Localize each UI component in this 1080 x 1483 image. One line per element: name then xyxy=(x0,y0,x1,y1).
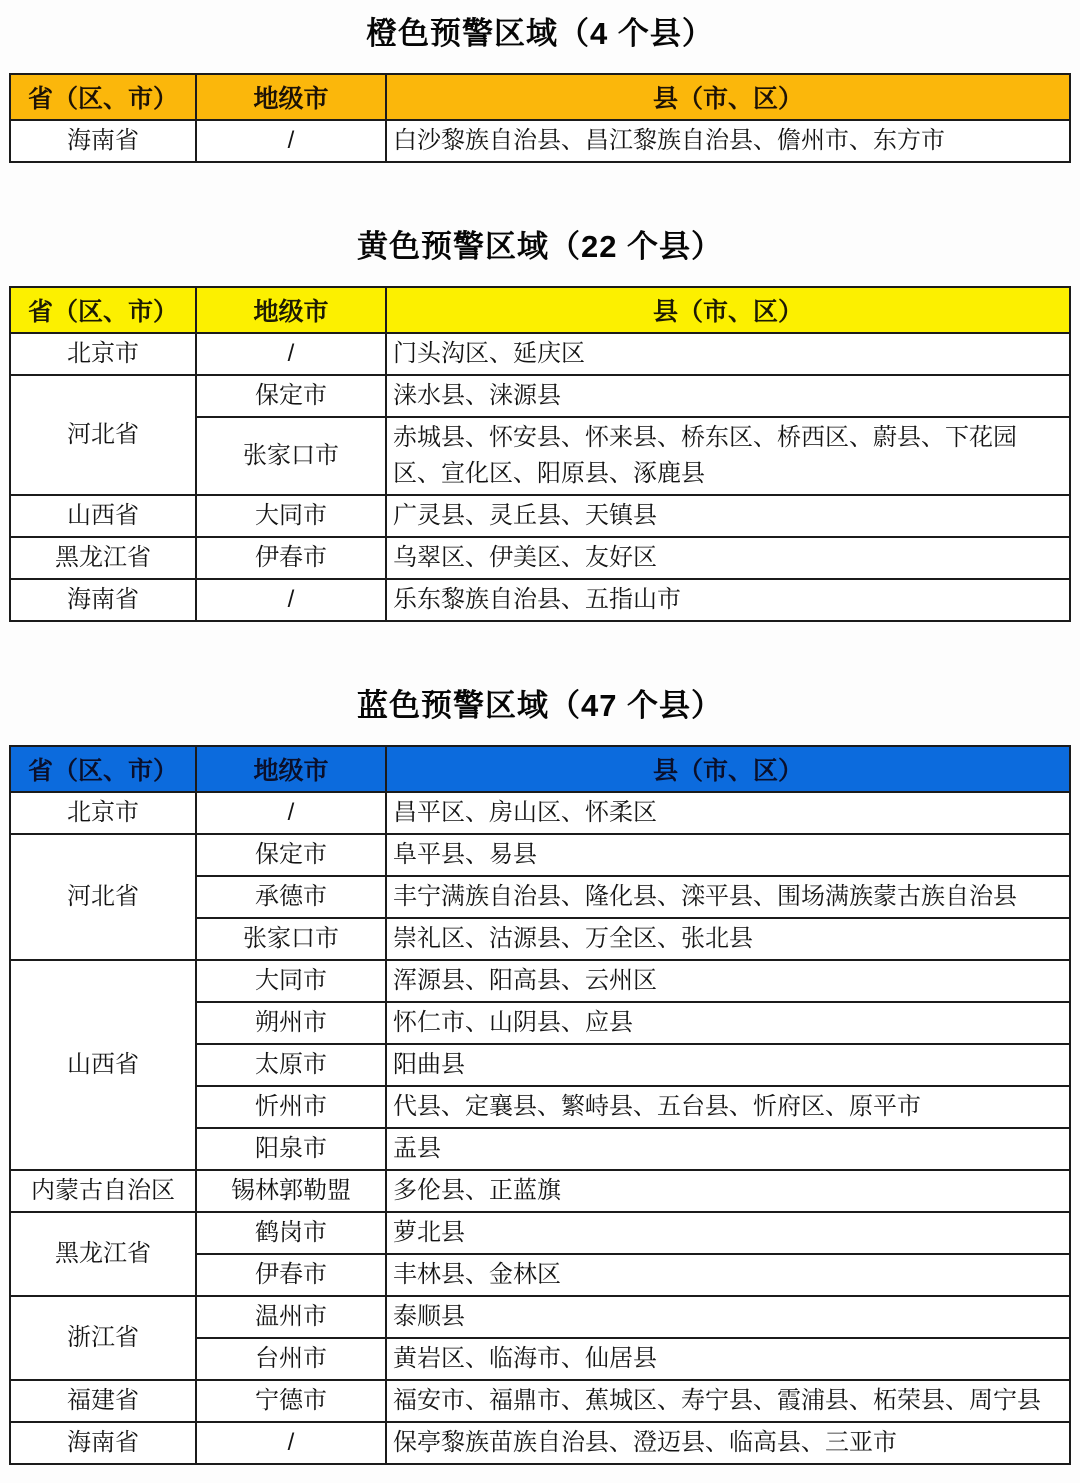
province-cell: 河北省 xyxy=(10,834,196,960)
table-row: 河北省保定市涞水县、涞源县 xyxy=(10,375,1070,417)
table-row: 山西省大同市浑源县、阳高县、云州区 xyxy=(10,960,1070,1002)
warning-table-yellow: 省（区、市）地级市县（市、区）北京市/门头沟区、延庆区河北省保定市涞水县、涞源县… xyxy=(9,286,1071,622)
city-cell: 承德市 xyxy=(196,876,386,918)
province-cell: 福建省 xyxy=(10,1380,196,1422)
table-title-blue: 蓝色预警区域（47 个县） xyxy=(0,680,1080,725)
column-header-province: 省（区、市） xyxy=(10,746,196,792)
counties-cell: 丰宁满族自治县、隆化县、滦平县、围场满族蒙古族自治县 xyxy=(386,876,1070,918)
province-cell: 海南省 xyxy=(10,120,196,162)
province-cell: 山西省 xyxy=(10,960,196,1170)
column-header-city: 地级市 xyxy=(196,746,386,792)
province-cell: 海南省 xyxy=(10,1422,196,1464)
warning-table-orange: 省（区、市）地级市县（市、区）海南省/白沙黎族自治县、昌江黎族自治县、儋州市、东… xyxy=(9,73,1071,163)
table-row: 河北省保定市阜平县、易县 xyxy=(10,834,1070,876)
table-row: 海南省/白沙黎族自治县、昌江黎族自治县、儋州市、东方市 xyxy=(10,120,1070,162)
column-header-province: 省（区、市） xyxy=(10,74,196,120)
counties-cell: 盂县 xyxy=(386,1128,1070,1170)
table-row: 浙江省温州市泰顺县 xyxy=(10,1296,1070,1338)
column-header-counties: 县（市、区） xyxy=(386,74,1070,120)
table-row: 北京市/昌平区、房山区、怀柔区 xyxy=(10,792,1070,834)
province-cell: 北京市 xyxy=(10,792,196,834)
column-header-province: 省（区、市） xyxy=(10,287,196,333)
header-row: 省（区、市）地级市县（市、区） xyxy=(10,287,1070,333)
table-row: 海南省/保亭黎族苗族自治县、澄迈县、临高县、三亚市 xyxy=(10,1422,1070,1464)
counties-cell: 乐东黎族自治县、五指山市 xyxy=(386,579,1070,621)
city-cell: / xyxy=(196,792,386,834)
city-cell: / xyxy=(196,1422,386,1464)
header-row: 省（区、市）地级市县（市、区） xyxy=(10,746,1070,792)
city-cell: 温州市 xyxy=(196,1296,386,1338)
table-row: 内蒙古自治区锡林郭勒盟多伦县、正蓝旗 xyxy=(10,1170,1070,1212)
counties-cell: 保亭黎族苗族自治县、澄迈县、临高县、三亚市 xyxy=(386,1422,1070,1464)
warning-table-blue: 省（区、市）地级市县（市、区）北京市/昌平区、房山区、怀柔区河北省保定市阜平县、… xyxy=(9,745,1071,1465)
counties-cell: 昌平区、房山区、怀柔区 xyxy=(386,792,1070,834)
city-cell: 朔州市 xyxy=(196,1002,386,1044)
table-title-yellow: 黄色预警区域（22 个县） xyxy=(0,221,1080,266)
city-cell: 大同市 xyxy=(196,495,386,537)
province-cell: 内蒙古自治区 xyxy=(10,1170,196,1212)
table-row: 福建省宁德市福安市、福鼎市、蕉城区、寿宁县、霞浦县、柘荣县、周宁县 xyxy=(10,1380,1070,1422)
counties-cell: 白沙黎族自治县、昌江黎族自治县、儋州市、东方市 xyxy=(386,120,1070,162)
city-cell: 阳泉市 xyxy=(196,1128,386,1170)
province-cell: 海南省 xyxy=(10,579,196,621)
table-title-orange: 橙色预警区域（4 个县） xyxy=(0,8,1080,53)
counties-cell: 黄岩区、临海市、仙居县 xyxy=(386,1338,1070,1380)
city-cell: 台州市 xyxy=(196,1338,386,1380)
counties-cell: 浑源县、阳高县、云州区 xyxy=(386,960,1070,1002)
counties-cell: 涞水县、涞源县 xyxy=(386,375,1070,417)
counties-cell: 福安市、福鼎市、蕉城区、寿宁县、霞浦县、柘荣县、周宁县 xyxy=(386,1380,1070,1422)
column-header-counties: 县（市、区） xyxy=(386,746,1070,792)
city-cell: 张家口市 xyxy=(196,918,386,960)
city-cell: 保定市 xyxy=(196,375,386,417)
counties-cell: 阜平县、易县 xyxy=(386,834,1070,876)
counties-cell: 萝北县 xyxy=(386,1212,1070,1254)
counties-cell: 怀仁市、山阴县、应县 xyxy=(386,1002,1070,1044)
province-cell: 北京市 xyxy=(10,333,196,375)
province-cell: 黑龙江省 xyxy=(10,1212,196,1296)
city-cell: 伊春市 xyxy=(196,1254,386,1296)
table-row: 黑龙江省伊春市乌翠区、伊美区、友好区 xyxy=(10,537,1070,579)
table-row: 山西省大同市广灵县、灵丘县、天镇县 xyxy=(10,495,1070,537)
table-row: 北京市/门头沟区、延庆区 xyxy=(10,333,1070,375)
counties-cell: 赤城县、怀安县、怀来县、桥东区、桥西区、蔚县、下花园区、宣化区、阳原县、涿鹿县 xyxy=(386,417,1070,495)
province-cell: 山西省 xyxy=(10,495,196,537)
counties-cell: 多伦县、正蓝旗 xyxy=(386,1170,1070,1212)
city-cell: / xyxy=(196,333,386,375)
table-row: 黑龙江省鹤岗市萝北县 xyxy=(10,1212,1070,1254)
column-header-city: 地级市 xyxy=(196,287,386,333)
table-row: 海南省/乐东黎族自治县、五指山市 xyxy=(10,579,1070,621)
warning-section-blue: 蓝色预警区域（47 个县）省（区、市）地级市县（市、区）北京市/昌平区、房山区、… xyxy=(0,680,1080,1465)
city-cell: 伊春市 xyxy=(196,537,386,579)
city-cell: 张家口市 xyxy=(196,417,386,495)
city-cell: 太原市 xyxy=(196,1044,386,1086)
warning-section-orange: 橙色预警区域（4 个县）省（区、市）地级市县（市、区）海南省/白沙黎族自治县、昌… xyxy=(0,8,1080,163)
warning-tables-page: 橙色预警区域（4 个县）省（区、市）地级市县（市、区）海南省/白沙黎族自治县、昌… xyxy=(0,0,1080,1483)
counties-cell: 乌翠区、伊美区、友好区 xyxy=(386,537,1070,579)
city-cell: 忻州市 xyxy=(196,1086,386,1128)
column-header-city: 地级市 xyxy=(196,74,386,120)
counties-cell: 代县、定襄县、繁峙县、五台县、忻府区、原平市 xyxy=(386,1086,1070,1128)
counties-cell: 广灵县、灵丘县、天镇县 xyxy=(386,495,1070,537)
warning-section-yellow: 黄色预警区域（22 个县）省（区、市）地级市县（市、区）北京市/门头沟区、延庆区… xyxy=(0,221,1080,622)
counties-cell: 门头沟区、延庆区 xyxy=(386,333,1070,375)
counties-cell: 丰林县、金林区 xyxy=(386,1254,1070,1296)
column-header-counties: 县（市、区） xyxy=(386,287,1070,333)
province-cell: 河北省 xyxy=(10,375,196,495)
counties-cell: 崇礼区、沽源县、万全区、张北县 xyxy=(386,918,1070,960)
province-cell: 浙江省 xyxy=(10,1296,196,1380)
tables-container: 橙色预警区域（4 个县）省（区、市）地级市县（市、区）海南省/白沙黎族自治县、昌… xyxy=(0,8,1080,1465)
city-cell: / xyxy=(196,579,386,621)
counties-cell: 阳曲县 xyxy=(386,1044,1070,1086)
header-row: 省（区、市）地级市县（市、区） xyxy=(10,74,1070,120)
province-cell: 黑龙江省 xyxy=(10,537,196,579)
city-cell: 保定市 xyxy=(196,834,386,876)
city-cell: / xyxy=(196,120,386,162)
city-cell: 鹤岗市 xyxy=(196,1212,386,1254)
city-cell: 宁德市 xyxy=(196,1380,386,1422)
city-cell: 锡林郭勒盟 xyxy=(196,1170,386,1212)
city-cell: 大同市 xyxy=(196,960,386,1002)
counties-cell: 泰顺县 xyxy=(386,1296,1070,1338)
